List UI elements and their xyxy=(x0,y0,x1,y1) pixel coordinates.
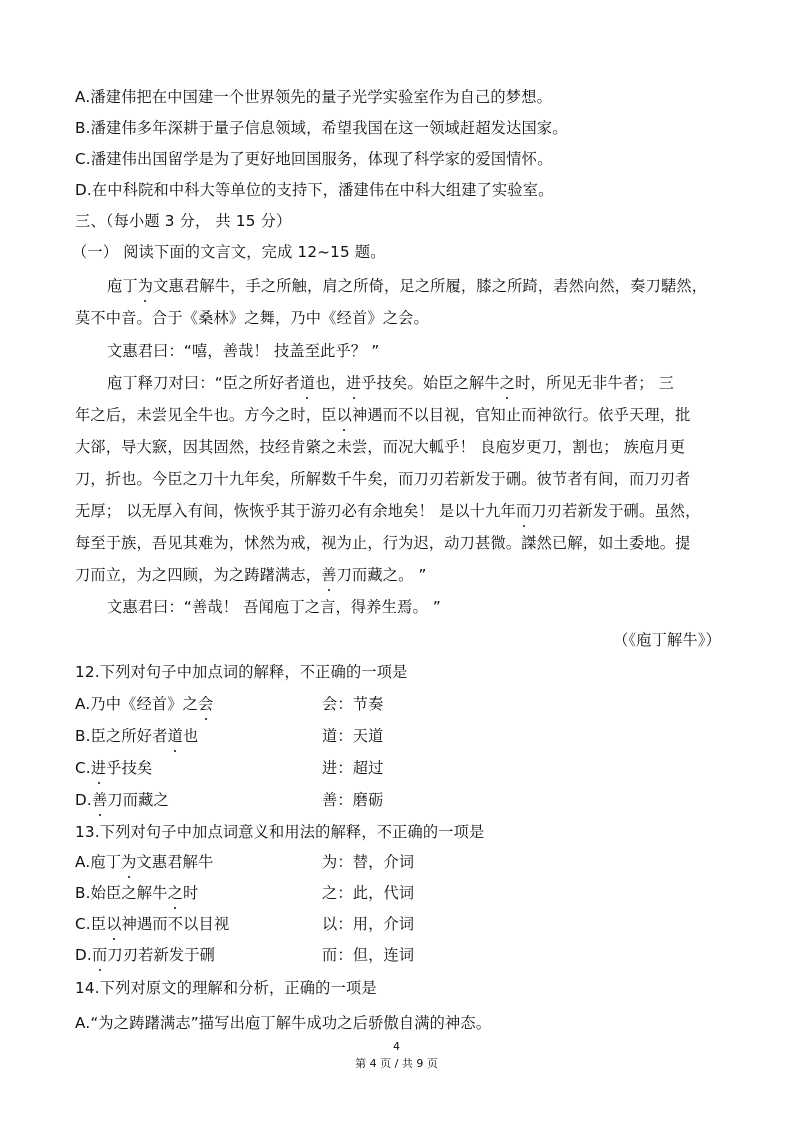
q12-option-c: C.进乎技矣进：超过 xyxy=(75,757,715,779)
q13-option-d: D.而刀刃若新发于硎而：但，连词 xyxy=(75,944,715,966)
q13-option-b: B.始臣之解牛之时之：此，代词 xyxy=(75,882,715,904)
passage-paragraph-3-line-6: 每至于族，吾见其难为，怵然为戒，视为止，行为迟，动刀甚微。謋然已解，如土委地。提 xyxy=(75,532,691,554)
q13-stem: 13.下列对句子中加点词意义和用法的解释，不正确的一项是 xyxy=(75,821,484,843)
passage-paragraph-3-line-5: 无厚； 以无厚入有间，恢恢乎其于游刃必有余地矣！ 是以十九年而刀刃若新发于硎。虽… xyxy=(75,500,701,522)
page-number: 4 xyxy=(0,1040,793,1054)
passage-paragraph-3-line-2: 年之后，未尝见全牛也。方今之时，臣以神遇而不以目视，官知止而神欲行。依乎天理，批 xyxy=(75,404,691,426)
q13-option-c-answer: 以：用，介词 xyxy=(322,913,414,935)
passage-paragraph-4: 文惠君曰：“善哉！ 吾闻庖丁之言，得养生焉。 ” xyxy=(107,596,441,618)
q12-option-b-answer: 道：天道 xyxy=(322,725,384,747)
passage-paragraph-1-line-1: 庖丁为文惠君解牛，手之所触，肩之所倚，足之所履，膝之所踦，砉然向然，奏刀騞然， xyxy=(107,275,707,297)
q12-option-d: D.善刀而藏之善：磨砺 xyxy=(75,789,715,811)
q13-option-c: C.臣以神遇而不以目视以：用，介词 xyxy=(75,913,715,935)
q14-stem: 14.下列对原文的理解和分析，正确的一项是 xyxy=(75,977,377,999)
q13-option-b-answer: 之：此，代词 xyxy=(322,882,414,904)
q12-option-b: B.臣之所好者道也道：天道 xyxy=(75,725,715,747)
q12-option-d-answer: 善：磨砺 xyxy=(322,789,384,811)
passage-paragraph-1-line-2: 莫不中音。合于《桑林》之舞，乃中《经首》之会。 xyxy=(75,307,429,329)
q12-option-a: A.乃中《经首》之会会：节奏 xyxy=(75,693,715,715)
passage-paragraph-3-line-3: 大郤，导大窾，因其固然，技经肯綮之未尝，而况大軱乎！ 良庖岁更刀，割也； 族庖月… xyxy=(75,436,685,458)
option-a: A.潘建伟把在中国建一个世界领先的量子光学实验室作为自己的梦想。 xyxy=(75,86,552,108)
option-d: D.在中科院和中科大等单位的支持下，潘建伟在中科大组建了实验室。 xyxy=(75,179,554,201)
passage-paragraph-3-line-4: 刀，折也。今臣之刀十九年矣，所解数千牛矣，而刀刃若新发于硎。彼节者有间，而刀刃者 xyxy=(75,468,691,490)
option-b: B.潘建伟多年深耕于量子信息领域，希望我国在这一领域赶超发达国家。 xyxy=(75,117,568,139)
page-label: 第 4 页 / 共 9 页 xyxy=(0,1057,793,1071)
q12-option-a-answer: 会：节奏 xyxy=(322,693,384,715)
q14-option-a: A.“为之踌躇满志”描写出庖丁解牛成功之后骄傲自满的神态。 xyxy=(75,1012,491,1034)
sub-heading: （一） 阅读下面的文言文，完成 12~15 题。 xyxy=(72,241,386,263)
option-c: C.潘建伟出国留学是为了更好地回国服务，体现了科学家的爱国情怀。 xyxy=(75,148,552,170)
q13-option-d-answer: 而：但，连词 xyxy=(322,944,414,966)
q13-option-a: A.庖丁为文惠君解牛为：替，介词 xyxy=(75,851,715,873)
q12-stem: 12.下列对句子中加点词的解释，不正确的一项是 xyxy=(75,661,408,683)
passage-paragraph-3-line-1: 庖丁释刀对曰：“臣之所好者道也，进乎技矣。始臣之解牛之时，所见无非牛者； 三 xyxy=(107,372,674,394)
q12-option-c-answer: 进：超过 xyxy=(322,757,384,779)
passage-paragraph-3-line-7: 刀而立，为之四顾，为之踌躇满志，善刀而藏之。 ” xyxy=(75,564,427,586)
section-heading: 三、（每小题 3 分， 共 15 分） xyxy=(75,210,291,232)
passage-paragraph-2: 文惠君曰：“嘻，善哉！ 技盖至此乎？ ” xyxy=(107,340,379,362)
q13-option-a-answer: 为：替，介词 xyxy=(322,851,414,873)
passage-source: （《庖丁解牛》） xyxy=(613,629,721,651)
